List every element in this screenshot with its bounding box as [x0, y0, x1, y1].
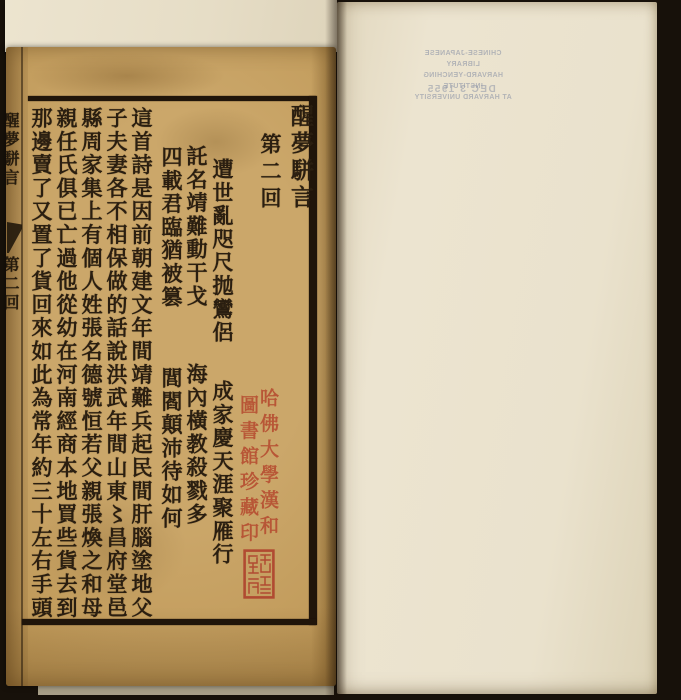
book-title-column: 醒夢駢言: [288, 104, 313, 212]
prose-column: 子夫妻各不相保做的話說洪武年間山東〻昌府堂邑: [104, 107, 129, 620]
prose-column: 縣周家集上有個人姓張名德號恒若父親張煥之和母: [79, 107, 104, 620]
harvard-library-seal-left-column: 圖書館珍藏印: [235, 395, 260, 548]
banxin-chapter-number: 第二回: [6, 256, 20, 313]
chapter-number-column: 第二回: [258, 133, 283, 214]
banxin-book-title: 醒夢駢言: [6, 112, 20, 188]
banxin-border-line: [21, 47, 23, 686]
stamp-line-1: CHINESE-JAPANESE LIBRARY: [407, 48, 519, 70]
poem-col2-upper: 四載君臨猶被篡: [159, 146, 184, 309]
couplet-line2: 成家慶天涯聚雁行: [210, 380, 235, 566]
stamp-date: DEC 3 1955: [423, 84, 499, 95]
couplet-line1: 遭世亂咫尺抛鸞侶: [210, 158, 235, 344]
poem-col2-lower: 閭閻顛沛待如何: [159, 367, 184, 530]
prose-column: 這首詩是因前朝建文年間靖難兵起民間肝腦塗地父: [129, 107, 154, 620]
prose-column: 親任氏俱已亡過他從幼在河南經商本地買些貨去到: [54, 107, 79, 620]
right-page: CHINESE-JAPANESE LIBRARY HARVARD-YENCHIN…: [337, 2, 657, 694]
backing-sheet-bottom: [38, 686, 334, 695]
scanned-book-photo: 醒夢駢言 第二回 醒夢駢言 第二回 遭世亂咫尺抛鸞侶 成家慶天涯聚雁行 託名靖難…: [0, 0, 681, 700]
poem-col1-lower: 海內橫教殺戮多: [184, 363, 209, 526]
poem-col1-upper: 託名靖難動干戈: [184, 145, 209, 308]
frame-border-top: [28, 96, 316, 101]
left-page: 醒夢駢言 第二回 醒夢駢言 第二回 遭世亂咫尺抛鸞侶 成家慶天涯聚雁行 託名靖難…: [6, 47, 336, 686]
backing-sheet-top: [5, 0, 337, 52]
collector-seal-icon: [243, 549, 275, 599]
prose-column: 那邊賣了又置了貨回來如此為常年約三十左右手頭: [29, 107, 54, 620]
